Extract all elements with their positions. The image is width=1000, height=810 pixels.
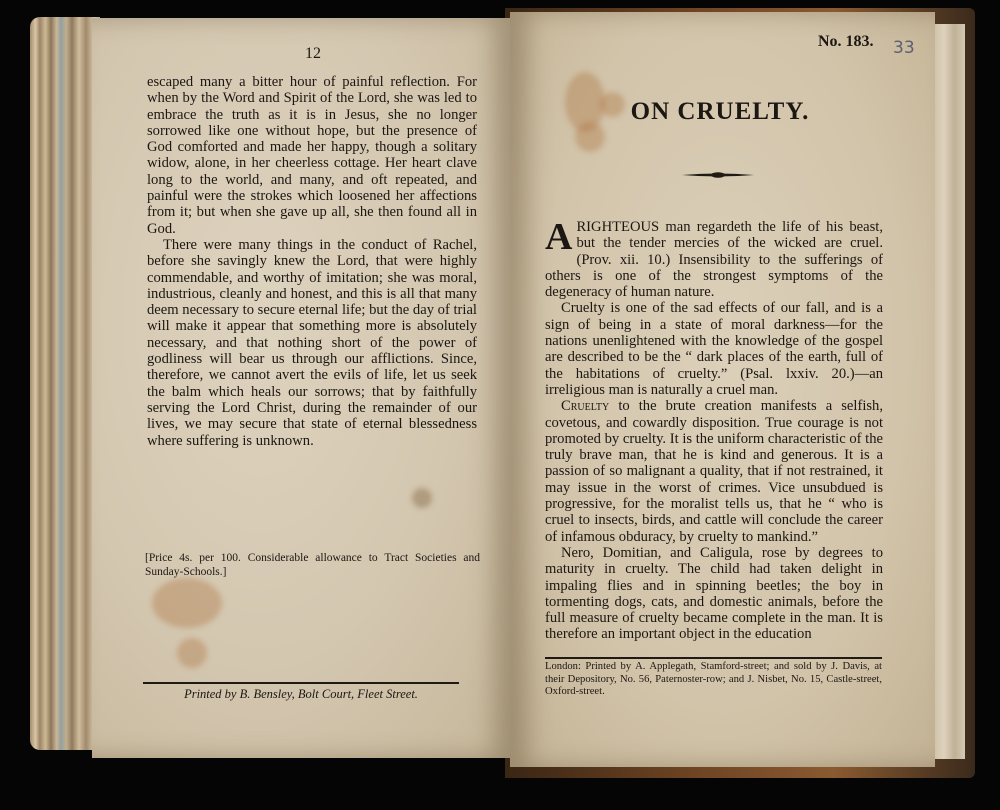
pencil-annotation: 33 xyxy=(893,38,915,58)
paragraph: Cruelty is one of the sad effects of our… xyxy=(545,300,883,398)
right-page-edges xyxy=(930,24,965,759)
foxing-stain xyxy=(412,488,432,508)
paragraph: There were many things in the conduct of… xyxy=(147,237,477,449)
lead-word: Cruelty xyxy=(561,398,609,414)
page-number: 12 xyxy=(305,45,321,63)
divider-rule xyxy=(143,682,459,684)
publisher-imprint: London: Printed by A. Applegath, Stamfor… xyxy=(545,661,882,699)
open-book: 12 escaped many a bitter hour of painful… xyxy=(0,0,1000,810)
paragraph: escaped many a bitter hour of painful re… xyxy=(147,74,477,237)
left-page-text: escaped many a bitter hour of painful re… xyxy=(147,74,477,449)
paragraph-text: Nero, Domitian, and Caligula, rose by de… xyxy=(545,545,883,642)
tract-number: No. 183. xyxy=(818,33,874,51)
ornament-rule-icon xyxy=(682,172,754,178)
right-page-text: ARIGHTEOUS man regardeth the life of his… xyxy=(545,219,883,643)
foxing-stain xyxy=(177,638,207,668)
paragraph: Nero, Domitian, and Caligula, rose by de… xyxy=(545,545,883,643)
lead-word: RIGHTEOUS xyxy=(576,219,659,235)
foxing-stain xyxy=(152,578,222,628)
page-title: ON CRUELTY. xyxy=(540,98,900,126)
paragraph-text: to the brute creation manifests a selfis… xyxy=(545,398,883,544)
left-page-edges xyxy=(30,17,100,750)
divider-rule xyxy=(545,657,882,659)
paragraph: Cruelty to the brute creation manifests … xyxy=(545,398,883,545)
printer-imprint: Printed by B. Bensley, Bolt Court, Fleet… xyxy=(143,686,459,702)
foxing-stain xyxy=(575,122,605,152)
paragraph-text: Cruelty is one of the sad effects of our… xyxy=(545,300,883,397)
price-note: [Price 4s. per 100. Considerable allowan… xyxy=(145,552,480,579)
paragraph: ARIGHTEOUS man regardeth the life of his… xyxy=(545,219,883,300)
drop-cap: A xyxy=(545,221,572,253)
